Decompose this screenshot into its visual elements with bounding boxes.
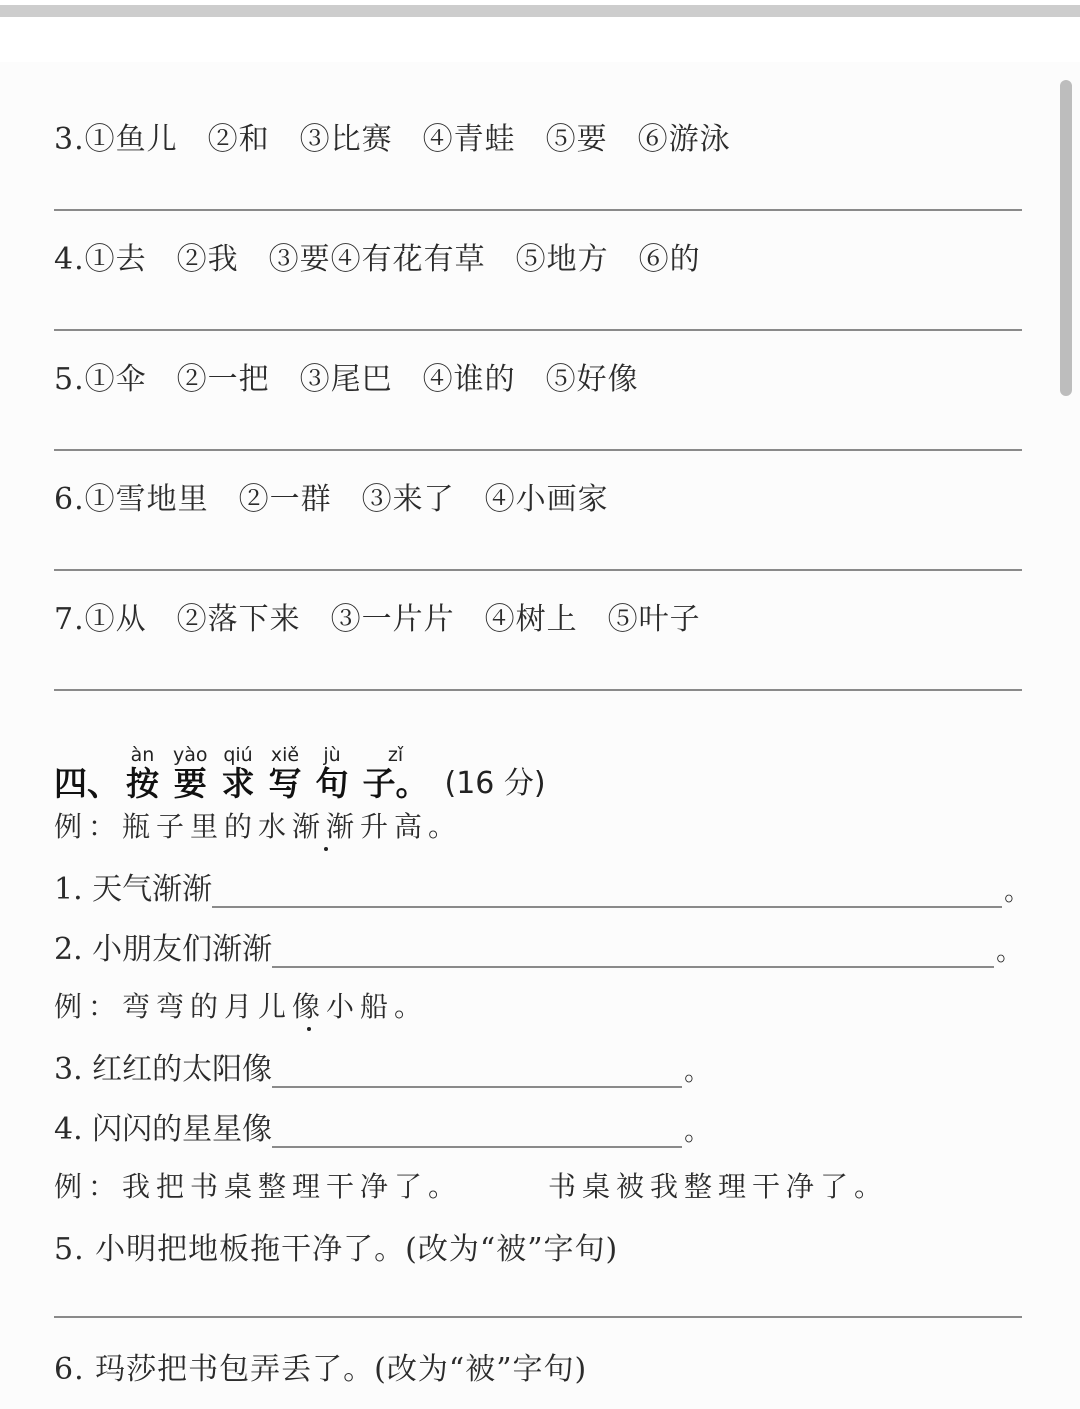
example-sentence-2: 例：弯弯的月儿像小船。 [54,985,428,1025]
option: ③尾巴 [300,362,393,397]
reorder-question-6: 6.①雪地里②一群③来了④小画家 [54,474,639,518]
option: ④树上 [485,602,578,637]
option: ②和 [208,122,270,157]
section-number: 四、 [54,765,120,803]
question-number: 4. [54,242,85,277]
emphasis-dots: 渐渐 [292,810,360,843]
reorder-question-7: 7.①从②落下来③一片片④树上⑤叶子 [54,594,731,638]
section-score: (16 分) [445,765,546,803]
example-sentence-1: 例：瓶子里的水渐渐升高。 [54,805,462,845]
option: ①鱼儿 [85,122,178,157]
option: ①从 [85,602,147,637]
option: ③一片片 [331,602,455,637]
answer-line-7[interactable] [54,689,1022,691]
section-4-heading: 四、 àn按 yào要 qiú求 xiě写 jù句 zǐ子。 (16 分) [54,745,546,803]
option: ①伞 [85,362,147,397]
emphasis-dots: 像 [292,990,326,1023]
option: ②一把 [177,362,270,397]
pinyin-char: àn按 [126,745,159,803]
reorder-question-4: 4.①去②我③要④有花有草⑤地方⑥的 [54,234,731,278]
blank-input-1[interactable] [212,880,1002,908]
option: ①雪地里 [85,482,209,517]
reorder-question-5: 5.①伞②一把③尾巴④谁的⑤好像 [54,354,669,398]
pinyin-char: jù句 [316,745,349,803]
answer-line-q5[interactable] [54,1316,1022,1318]
fill-question-3: 3. 红红的太阳像 。 [54,1044,710,1088]
fill-question-1: 1. 天气渐渐 。 [54,864,1030,908]
option: ⑤叶子 [608,602,701,637]
answer-line-5[interactable] [54,449,1022,451]
fill-question-4: 4. 闪闪的星星像 。 [54,1104,710,1148]
pinyin-char: qiú求 [222,745,255,803]
blank-input-2[interactable] [272,940,994,968]
transform-question-6: 6. 玛莎把书包弄丢了。(改为“被”字句) [54,1344,587,1388]
question-number: 7. [54,602,85,637]
option: ③来了 [362,482,455,517]
example-sentence-3: 例：我把书桌整理干净了。 [54,1165,462,1205]
blank-input-4[interactable] [272,1120,682,1148]
question-number: 6. [54,482,85,517]
option: ⑤要 [546,122,608,157]
fill-question-2: 2. 小朋友们渐渐 。 [54,924,1022,968]
option: ②落下来 [177,602,301,637]
option: ④谁的 [423,362,516,397]
answer-line-6[interactable] [54,569,1022,571]
option: ⑤地方 [516,242,609,277]
vertical-scrollbar[interactable] [1060,80,1072,396]
option: ⑤好像 [546,362,639,397]
pinyin-char: yào要 [173,745,208,803]
example-sentence-3-transformed: 书桌被我整理干净了。 [548,1165,888,1205]
answer-line-4[interactable] [54,329,1022,331]
option: ⑥的 [639,242,701,277]
option: ③比赛 [300,122,393,157]
question-number: 5. [54,362,85,397]
option: ②我 [177,242,239,277]
option: ②一群 [239,482,332,517]
answer-line-3[interactable] [54,209,1022,211]
transform-question-5: 5. 小明把地板拖干净了。(改为“被”字句) [54,1224,618,1268]
option: ③要④有花有草 [269,242,486,277]
pinyin-char: zǐ子。 [363,745,429,803]
option: ⑥游泳 [638,122,731,157]
reorder-question-3: 3.①鱼儿②和③比赛④青蛙⑤要⑥游泳 [54,114,761,158]
option: ④青蛙 [423,122,516,157]
top-toolbar-strip [0,5,1080,17]
question-number: 3. [54,122,85,157]
option: ①去 [85,242,147,277]
pinyin-char: xiě写 [269,745,302,803]
blank-input-3[interactable] [272,1060,682,1088]
option: ④小画家 [485,482,609,517]
